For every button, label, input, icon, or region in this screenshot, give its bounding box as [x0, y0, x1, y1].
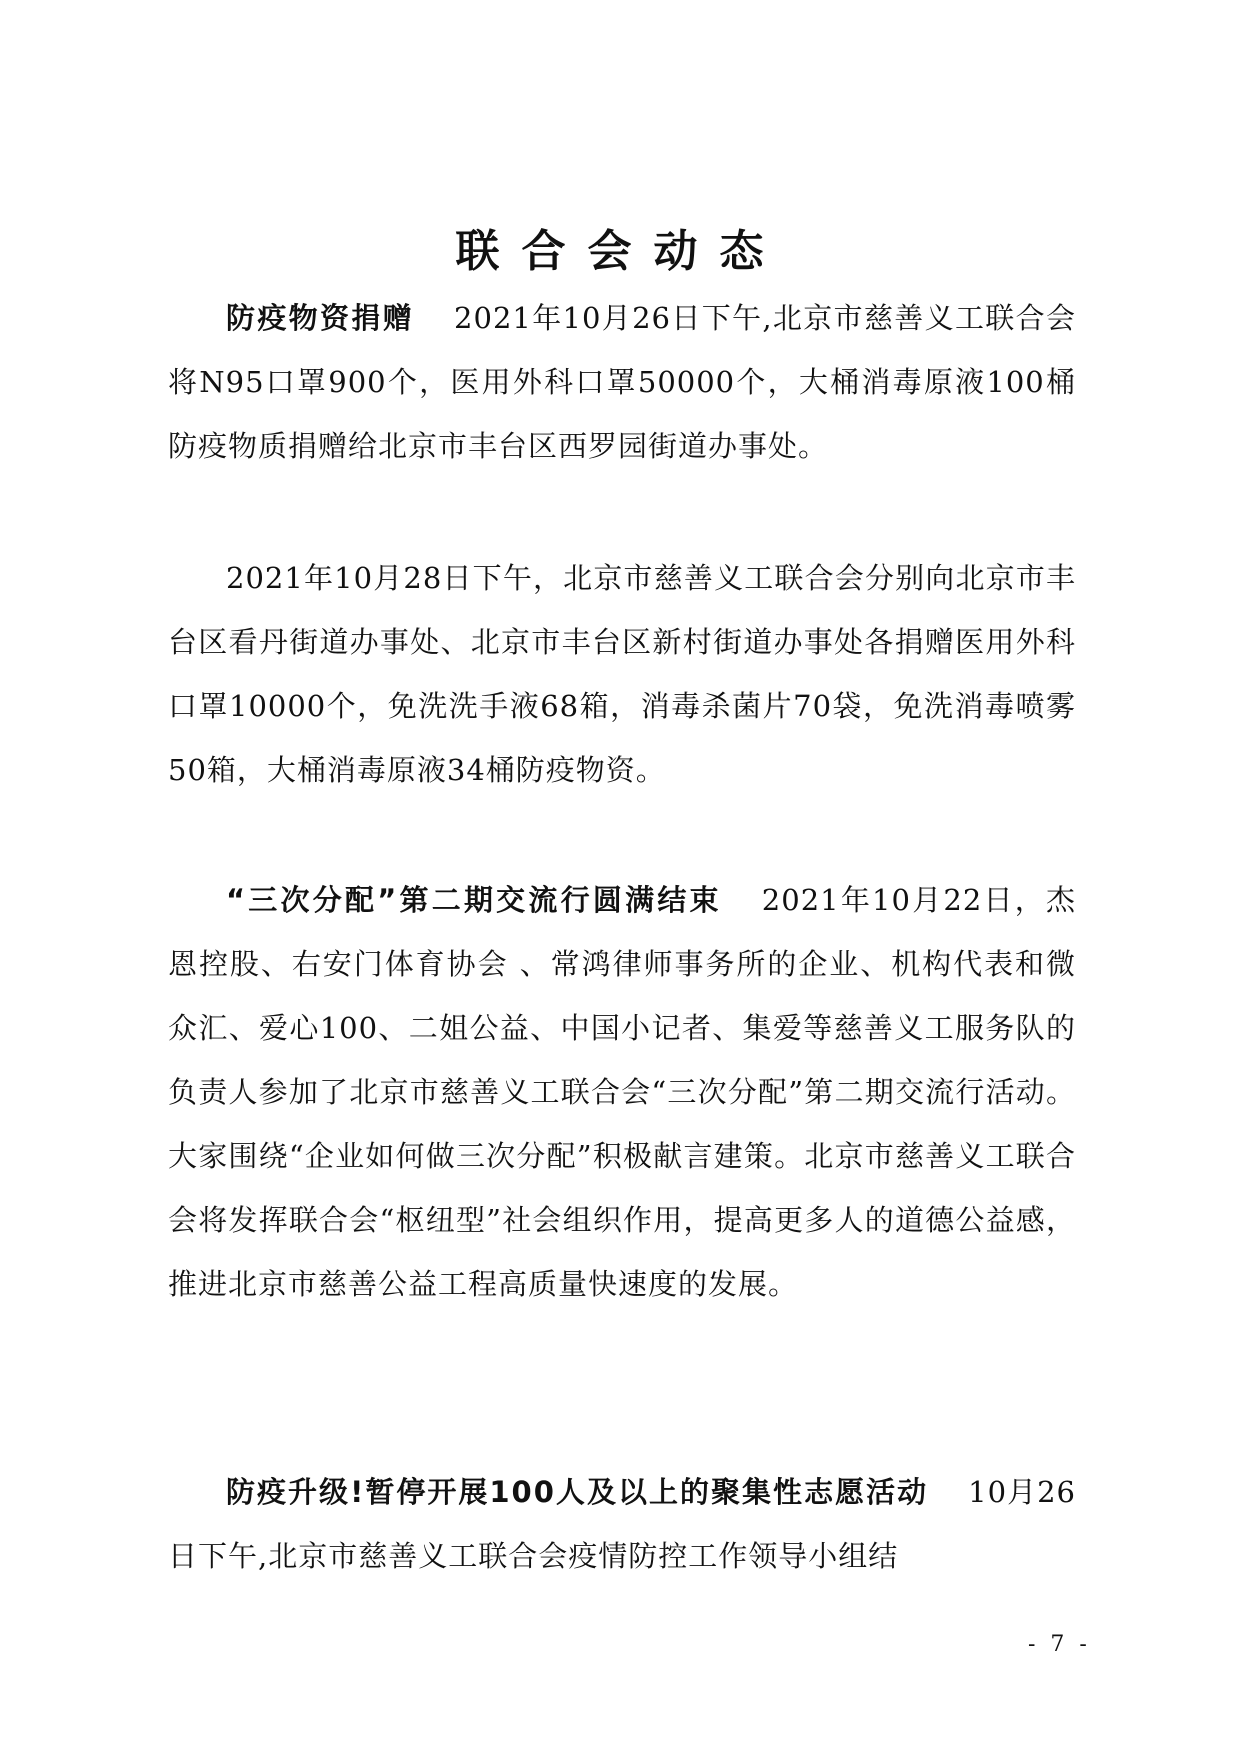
paragraph-donation-2: 2021年10月28日下午，北京市慈善义工联合会分别向北京市丰台区看丹街道办事处… [168, 546, 1076, 802]
page-number: - 7 - [1028, 1632, 1091, 1657]
paragraph-epidemic-upgrade: 防疫升级!暂停开展100人及以上的聚集性志愿活动10月26日下午,北京市慈善义工… [168, 1460, 1076, 1588]
paragraph-body: 2021年10月22日，杰恩控股、右安门体育协会 、常鸿律师事务所的企业、机构代… [168, 883, 1076, 1301]
paragraph-heading: “三次分配”第二期交流行圆满结束 [226, 883, 722, 917]
paragraph-heading: 防疫升级!暂停开展100人及以上的聚集性志愿活动 [226, 1475, 928, 1509]
paragraph-donation: 防疫物资捐赠2021年10月26日下午,北京市慈善义工联合会将N95口罩900个… [168, 286, 1076, 478]
page-title: 联合会动态 [0, 222, 1241, 282]
paragraph-exchange: “三次分配”第二期交流行圆满结束2021年10月22日，杰恩控股、右安门体育协会… [168, 868, 1076, 1316]
paragraph-heading: 防疫物资捐赠 [226, 301, 414, 335]
paragraph-body: 2021年10月28日下午，北京市慈善义工联合会分别向北京市丰台区看丹街道办事处… [168, 561, 1076, 787]
